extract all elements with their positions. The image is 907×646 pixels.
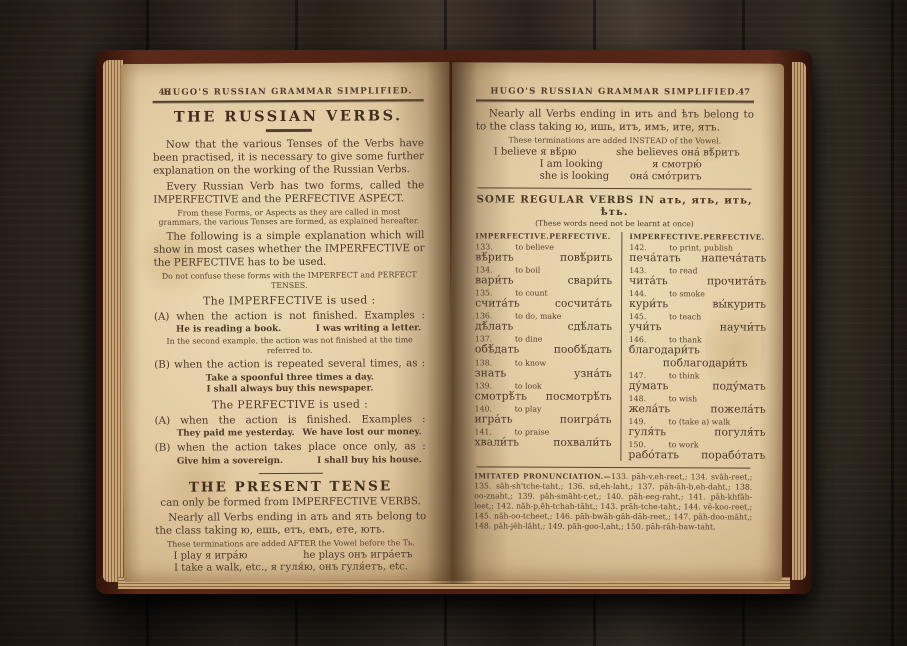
perfective-form: посмотрѣ́ть — [546, 390, 612, 402]
running-head-text: HUGO'S RUSSIAN GRAMMAR SIMPLIFIED. — [490, 86, 739, 97]
paragraph-ity-endings: Nearly all Verbs ending in ить and ѣть b… — [476, 107, 754, 134]
perfective-form: погуля́ть — [714, 426, 765, 438]
verb-entry: 147.to thinkду́матьподу́мать — [629, 371, 768, 393]
section-title-russian-verbs: THE RUSSIAN VERBS. — [153, 107, 424, 126]
verb-entry: 139.to lookсмотрѣ́тьпосмотрѣ́ть — [475, 381, 614, 403]
imperfective-form: вари́ть — [475, 275, 514, 287]
verb-forms-line: дѣ́латьсдѣ́лать — [475, 321, 614, 334]
verb-column-left: IMPERFECTIVE. PERFECTIVE. 133.to believe… — [474, 232, 621, 461]
verb-forms-line: чита́тьпрочита́ть — [629, 275, 768, 288]
example-pair: He is reading a book. I was writing a le… — [154, 323, 425, 336]
example-sentence: Take a spoonful three times a day. — [154, 372, 425, 384]
imperfective-form: игра́ть — [475, 413, 513, 425]
book-page-edges-right — [792, 62, 806, 580]
example-sentence: They paid me yesterday. — [177, 428, 295, 439]
verb-forms-line: благодари́ть — [629, 344, 768, 357]
imperfective-form: ду́мать — [629, 380, 669, 392]
section-title-present-tense: THE PRESENT TENSE — [155, 478, 426, 496]
verb-entry: 146.to thankблагодари́тьпоблагодари́ть — [629, 335, 768, 369]
verb-forms-line: обѣ́датьпообѣ́дать — [475, 344, 614, 357]
perfective-form: вы́курить — [712, 299, 766, 311]
imperfective-form: чита́ть — [629, 275, 668, 287]
verb-entry: 138.to knowзнатьузна́ть — [475, 358, 614, 380]
pronunciation-label: IMITATED PRONUNCIATION.— — [474, 472, 611, 482]
perfective-form: научи́ть — [720, 322, 766, 334]
imperfective-header: IMPERFECTIVE. — [475, 232, 549, 241]
rule-a-imperfective: (A) when the action is not finished. Exa… — [154, 309, 425, 324]
title-rule — [265, 129, 311, 132]
running-head-left: 46 HUGO'S RUSSIAN GRAMMAR SIMPLIFIED. — [153, 86, 424, 98]
running-head-rule — [476, 99, 754, 102]
example-row: I believe я вѣ́рю she believes она́ вѣ́р… — [476, 145, 754, 158]
verb-english-gloss: to play — [515, 404, 542, 413]
verb-forms-line: печа́татьнапеча́тать — [629, 252, 768, 265]
perfective-form: напеча́тать — [701, 252, 766, 264]
perfective-form: пожела́ть — [710, 403, 765, 415]
example-sentence: Give him a sovereign. — [177, 456, 283, 467]
verb-forms-line: знатьузна́ть — [475, 367, 614, 380]
imperfective-form: счита́ть — [475, 298, 520, 310]
perfective-header: PERFECTIVE. — [703, 233, 764, 242]
imperfective-form: смотрѣ́ть — [475, 390, 527, 402]
paragraph-two-forms: Every Russian Verb has two forms, called… — [153, 179, 424, 207]
perfective-form: поду́мать — [712, 380, 765, 392]
column-headers: IMPERFECTIVE. PERFECTIVE. — [629, 232, 768, 242]
verb-entry: 141.to praiseхвали́тьпохвали́ть — [474, 427, 613, 449]
note-terminations-instead: These terminations are added INSTEAD of … — [478, 136, 752, 147]
paragraph-intro: Now that the various Tenses of the Verbs… — [153, 137, 424, 178]
subhead-perfective: The PERFECTIVE is used : — [154, 397, 425, 412]
note-terminations-after: These terminations are added AFTER the V… — [157, 538, 424, 549]
imperfective-form: хвали́ть — [474, 436, 519, 448]
verbs-list-heading: SOME REGULAR VERBS IN ать, ять, ить, ѣть… — [475, 194, 753, 219]
imperfective-form: знать — [475, 367, 506, 379]
verb-english-gloss: to wish — [669, 394, 698, 403]
verb-forms-line: поблагодари́ть — [629, 357, 768, 370]
example-sentence: We have lost our money. — [302, 427, 421, 438]
perfective-form: сосчита́ть — [555, 298, 612, 310]
perfective-form: сдѣ́лать — [568, 321, 612, 333]
verb-entry: 149.to (take a) walkгуля́тьпогуля́ть — [628, 417, 767, 439]
verb-english-gloss: to smoke — [669, 290, 705, 299]
divider-rule — [476, 466, 750, 469]
perfective-form: прочита́ть — [707, 276, 766, 288]
note-forms: From these Forms, or Aspects as they are… — [155, 207, 422, 228]
verb-english-gloss: to believe — [515, 243, 554, 252]
verb-english-gloss: to teach — [669, 313, 701, 322]
example-sentence: I shall buy his house. — [317, 455, 422, 466]
perfective-form: повѣ́рить — [560, 252, 612, 264]
verb-entry: 148.to wishжела́тьпожела́ть — [629, 394, 768, 416]
verb-english-gloss: to boil — [515, 266, 540, 275]
section-divider-rule — [258, 472, 322, 474]
page-46: 46 HUGO'S RUSSIAN GRAMMAR SIMPLIFIED. TH… — [120, 62, 452, 582]
divider-rule — [478, 187, 752, 190]
example-row: she is looking она́ смо́тритъ — [476, 169, 754, 182]
example-phrase: I take a walk, etc., я гуля́ю, онъ гуля́… — [155, 561, 426, 574]
imperfective-form: обѣ́дать — [475, 344, 520, 356]
perfective-form: порабо́тать — [701, 449, 765, 461]
verb-forms-line: рабо́татьпорабо́тать — [628, 449, 767, 462]
running-head-text: HUGO'S RUSSIAN GRAMMAR SIMPLIFIED. — [163, 86, 412, 98]
pronunciation-text: 133. pāh-v,eh-reet,; 134. svāh-reet,; 13… — [474, 472, 752, 531]
verb-english-gloss: to read — [669, 266, 697, 275]
verb-english-gloss: to do, make — [515, 312, 561, 321]
verb-forms-line: жела́тьпожела́ть — [629, 403, 768, 416]
verb-entry: 133.to believeвѣ́ритьповѣ́рить — [475, 243, 614, 265]
verb-english-gloss: to know — [515, 358, 546, 367]
example-phrase: она́ смо́тритъ — [630, 171, 702, 182]
verb-entry: 135.to countсчита́тьсосчита́ть — [475, 289, 614, 311]
verb-forms-line: вѣ́ритьповѣ́рить — [475, 252, 614, 265]
imperfective-form: вѣ́рить — [475, 252, 514, 264]
example-pair: They paid me yesterday. We have lost our… — [155, 426, 426, 439]
imperfective-form: кури́ть — [629, 298, 668, 310]
verb-entry: 144.to smokeкури́тьвы́курить — [629, 289, 768, 311]
perfective-form: пообѣ́дать — [554, 344, 612, 356]
page-number-46: 46 — [159, 88, 171, 98]
imperfective-form: учи́ть — [629, 321, 662, 333]
verb-entry: 136.to do, makeдѣ́латьсдѣ́лать — [475, 312, 614, 334]
perfective-form: узна́ть — [574, 367, 612, 379]
verb-forms-line: вари́тьсвари́ть — [475, 275, 614, 288]
verb-entry: 137.to dineобѣ́датьпообѣ́дать — [475, 335, 614, 357]
example-phrase: I believe я вѣ́рю — [494, 146, 577, 157]
verb-forms-line: учи́тьнаучи́ть — [629, 321, 768, 334]
running-head-right: HUGO'S RUSSIAN GRAMMAR SIMPLIFIED. 47 — [476, 86, 754, 97]
example-row: I play я игра́ю he plays онъ игра́етъ — [155, 548, 426, 562]
imperfective-form: гуля́ть — [628, 426, 666, 438]
example-sentence: I shall always buy this newspaper. — [154, 383, 425, 395]
verb-forms-line: кури́тьвы́курить — [629, 298, 768, 311]
perfective-form: похвали́ть — [553, 436, 611, 448]
verb-entry: 134.to boilвари́тьсвари́ть — [475, 266, 614, 288]
open-book: 46 HUGO'S RUSSIAN GRAMMAR SIMPLIFIED. TH… — [96, 50, 812, 594]
rule-b-perfective: (B) when the action takes place once onl… — [155, 440, 426, 455]
imperfective-form: дѣ́лать — [475, 321, 513, 333]
example-phrase: I play я игра́ю — [173, 550, 247, 561]
imperfective-form: рабо́тать — [628, 449, 679, 461]
example-phrase: I am looking — [540, 158, 603, 169]
verb-forms-line: ду́матьподу́мать — [629, 380, 768, 393]
imperfective-form: жела́ть — [629, 403, 671, 415]
rule-b-imperfective: (B) when the action is repeated several … — [154, 358, 425, 373]
verb-column-right: IMPERFECTIVE. PERFECTIVE. 142.to print, … — [620, 232, 768, 461]
verbs-list-subnote: (These words need not be learnt at once) — [475, 219, 753, 229]
example-phrase: я смотрю́ — [652, 159, 702, 170]
note-second-example: In the second example, the action was no… — [156, 336, 423, 357]
present-tense-subtitle: can only be formed from IMPERFECTIVE VER… — [155, 495, 426, 509]
verb-forms-line: смотрѣ́тьпосмотрѣ́ть — [475, 390, 614, 403]
verb-entry: 140.to playигра́тьпоигра́ть — [475, 404, 614, 426]
paragraph-present-endings: Nearly all Verbs ending in ать and ять b… — [155, 510, 426, 538]
imperfective-form: благодари́ть — [629, 344, 700, 356]
verb-entry: 142.to print, publishпеча́татьнапеча́тат… — [629, 243, 768, 265]
example-phrase: she believes она́ вѣ́ритъ — [616, 147, 740, 159]
verb-forms-line: гуля́тьпогуля́ть — [628, 426, 767, 439]
column-headers: IMPERFECTIVE. PERFECTIVE. — [475, 232, 614, 242]
note-confuse: Do not confuse these forms with the IMPE… — [156, 270, 423, 291]
photo-scene: 46 HUGO'S RUSSIAN GRAMMAR SIMPLIFIED. TH… — [0, 0, 907, 646]
verb-english-gloss: to think — [669, 371, 700, 380]
running-head-rule — [153, 99, 424, 103]
verb-entries-right: 142.to print, publishпеча́татьнапеча́тат… — [628, 243, 768, 461]
example-pair: Give him a sovereign. I shall buy his ho… — [155, 454, 426, 467]
verb-table: IMPERFECTIVE. PERFECTIVE. 133.to believe… — [474, 232, 753, 462]
imperfective-header: IMPERFECTIVE. — [629, 232, 703, 241]
perfective-form: поблагодари́ть — [663, 357, 748, 369]
example-phrase: he plays онъ игра́етъ — [303, 549, 412, 561]
verb-entry: 143.to readчита́тьпрочита́ть — [629, 266, 768, 288]
example-sentence: I was writing a letter. — [316, 324, 421, 335]
example-phrase: she is looking — [540, 170, 610, 181]
perfective-header: PERFECTIVE. — [549, 232, 610, 241]
subhead-imperfective: The IMPERFECTIVE is used : — [154, 293, 425, 308]
verb-english-gloss: to praise — [515, 427, 550, 436]
page-47: HUGO'S RUSSIAN GRAMMAR SIMPLIFIED. 47 Ne… — [450, 62, 784, 581]
page-number-47: 47 — [738, 88, 750, 98]
imitated-pronunciation: IMITATED PRONUNCIATION.—133. pāh-v,eh-re… — [474, 472, 752, 533]
verb-forms-line: игра́тьпоигра́ть — [475, 413, 614, 426]
verb-entry: 145.to teachучи́тьнаучи́ть — [629, 312, 768, 334]
verb-forms-line: хвали́тьпохвали́ть — [474, 436, 613, 449]
paragraph-explanation: The following is a simple explanation wh… — [153, 229, 424, 270]
rule-a-perfective: (A) when the action is finished. Example… — [155, 413, 426, 428]
perfective-form: свари́ть — [568, 275, 613, 287]
verb-entry: 150.to workрабо́татьпорабо́тать — [628, 440, 767, 462]
verb-forms-line: счита́тьсосчита́ть — [475, 298, 614, 311]
example-sentence: He is reading a book. — [176, 324, 281, 335]
verb-entries-left: 133.to believeвѣ́ритьповѣ́рить134.to boi… — [474, 243, 614, 449]
verb-english-gloss: to dine — [515, 335, 542, 344]
imperfective-form: печа́тать — [629, 252, 680, 264]
perfective-form: поигра́ть — [560, 413, 612, 425]
